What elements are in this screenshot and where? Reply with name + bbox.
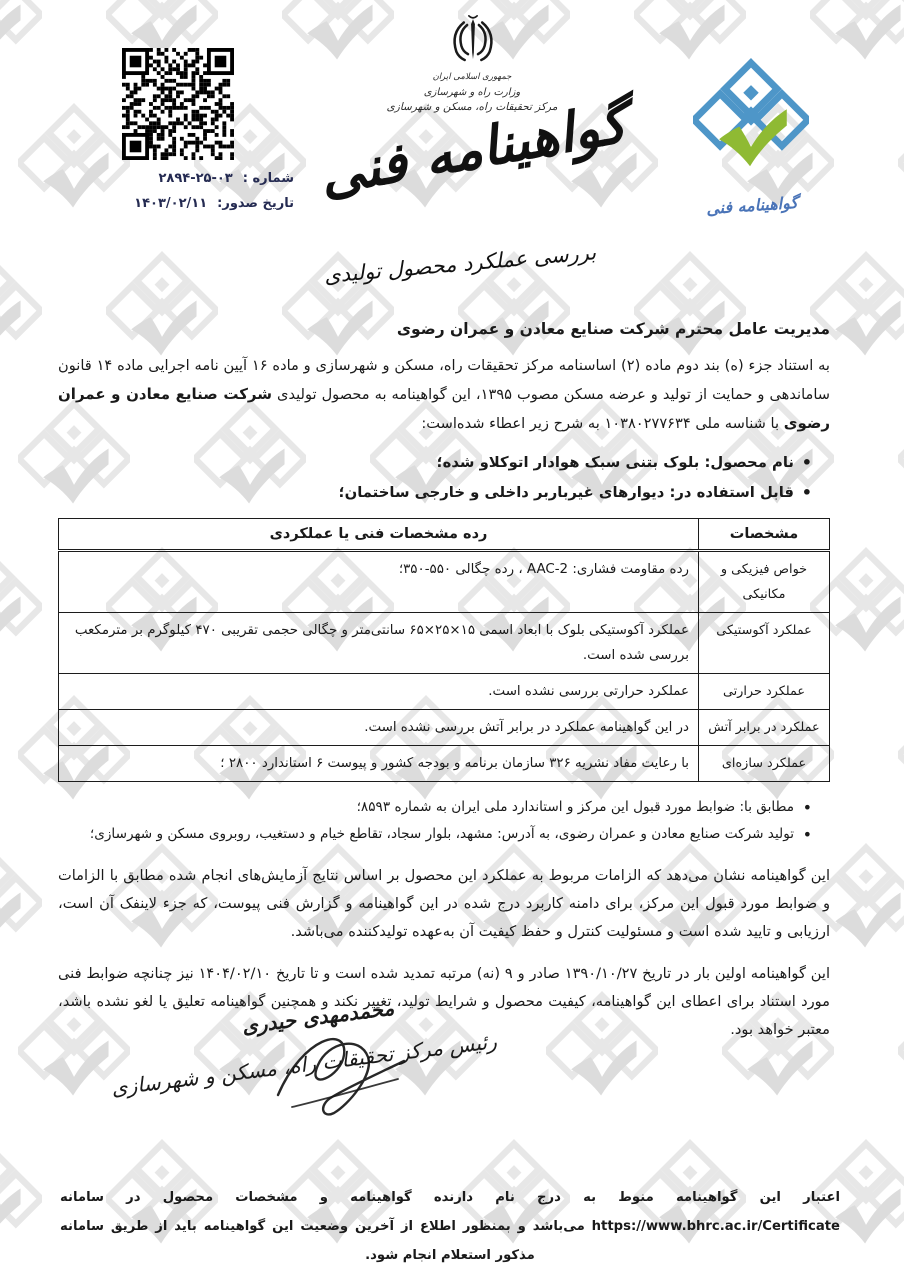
qr-code [122,48,234,160]
certificate-header: شماره :۲۸۹۴-۲۵-۰۳ تاریخ صدور:۱۴۰۳/۰۲/۱۱ … [0,0,904,320]
spec-cell: عملکرد آکوستیکی [699,613,830,674]
certificate-body: مدیریت عامل محترم شرکت صنایع معادن و عمر… [58,320,830,1044]
intro-part2: با شناسه ملی ۱۰۳۸۰۲۷۷۶۳۴ به شرح زیر اعطا… [421,415,783,432]
table-row: خواص فیزیکی و مکانیکی رده مقاومت فشاری: … [59,551,830,613]
signature-block: محمدمهدی حیدری رئیس مرکز تحقیقات راه، مس… [138,1005,498,1075]
serial-value: ۲۸۹۴-۲۵-۰۳ [158,166,232,191]
producer-address-bullet: تولید شرکت صنایع معادن و عمران رضوی، به … [58,821,830,848]
certificate-subtitle: بررسی عملکرد محصول تولیدی [295,238,626,291]
spec-cell: خواص فیزیکی و مکانیکی [699,551,830,613]
watermark [898,399,904,526]
recipient-heading: مدیریت عامل محترم شرکت صنایع معادن و عمر… [58,320,830,338]
intro-paragraph: به استناد جزء (ه) بند دوم ماده (۲) اساسن… [58,352,830,438]
country-line: جمهوری اسلامی ایران [352,70,592,85]
watermark [0,843,42,970]
serial-number-row: شماره :۲۸۹۴-۲۵-۰۳ [98,166,294,191]
watermark [898,695,904,822]
product-bullets: نام محصول: بلوک بتنی سبک هوادار اتوکلاو … [58,448,830,508]
bhrc-logo-icon [693,58,809,190]
ministry-line: وزارت راه و شهرسازی [352,85,592,100]
table-row: عملکرد حرارتی عملکرد حرارتی بررسی نشده ا… [59,674,830,710]
watermark [0,547,42,674]
certificate-page: شماره :۲۸۹۴-۲۵-۰۳ تاریخ صدور:۱۴۰۳/۰۲/۱۱ … [0,0,904,1280]
table-row: عملکرد در برابر آتش در این گواهینامه عمل… [59,710,830,746]
certificate-url: https://www.bhrc.ac.ir/Certificate [592,1219,840,1234]
standards-bullet: مطابق با: ضوابط مورد قبول این مرکز و است… [58,794,830,821]
desc-cell: با رعایت مفاد نشریه ۳۲۶ سازمان برنامه و … [59,746,699,782]
spec-cell: عملکرد حرارتی [699,674,830,710]
table-header-row: مشخصات رده مشخصات فنی یا عملکردی [59,519,830,551]
validity-paragraph: این گواهینامه نشان می‌دهد که الزامات مرب… [58,862,830,946]
compliance-bullets: مطابق با: ضوابط مورد قبول این مرکز و است… [58,794,830,848]
signature-scribble [248,1017,428,1122]
footer-note: اعتبار این گواهینامه منوط به درج نام دار… [60,1183,840,1270]
specifications-table: مشخصات رده مشخصات فنی یا عملکردی خواص فی… [58,518,830,782]
desc-cell: رده مقاومت فشاری: AAC-2 ، رده چگالی ۵۵۰-… [59,551,699,613]
col-header-spec: مشخصات [699,519,830,551]
watermark [898,991,904,1118]
issue-date-label: تاریخ صدور: [217,191,294,216]
desc-cell: عملکرد حرارتی بررسی نشده است. [59,674,699,710]
footer-part2: می‌باشد و بمنظور اطلاع از آخرین وضعیت ای… [60,1219,592,1263]
product-usage-bullet: قابل استفاده در: دیوارهای غیرباربر داخلی… [58,478,830,508]
serial-block: شماره :۲۸۹۴-۲۵-۰۳ تاریخ صدور:۱۴۰۳/۰۲/۱۱ [98,166,294,216]
desc-cell: در این گواهینامه عملکرد در برابر آتش برر… [59,710,699,746]
table-row: عملکرد آکوستیکی عملکرد آکوستیکی بلوک با … [59,613,830,674]
table-row: عملکرد سازه‌ای با رعایت مفاد نشریه ۳۲۶ س… [59,746,830,782]
issue-date-value: ۱۴۰۳/۰۲/۱۱ [134,191,207,216]
bhrc-logo-caption: گواهینامه فنی [684,191,821,219]
desc-cell: عملکرد آکوستیکی بلوک با ابعاد اسمی ۱۵×۲۵… [59,613,699,674]
spec-cell: عملکرد سازه‌ای [699,746,830,782]
serial-label: شماره : [243,166,294,191]
spec-cell: عملکرد در برابر آتش [699,710,830,746]
col-header-desc: رده مشخصات فنی یا عملکردی [59,519,699,551]
footer-part1: اعتبار این گواهینامه منوط به درج نام دار… [60,1190,840,1205]
issue-date-row: تاریخ صدور:۱۴۰۳/۰۲/۱۱ [98,191,294,216]
iran-emblem-icon [448,12,498,68]
watermark [0,1139,42,1266]
product-name-bullet: نام محصول: بلوک بتنی سبک هوادار اتوکلاو … [58,448,830,478]
